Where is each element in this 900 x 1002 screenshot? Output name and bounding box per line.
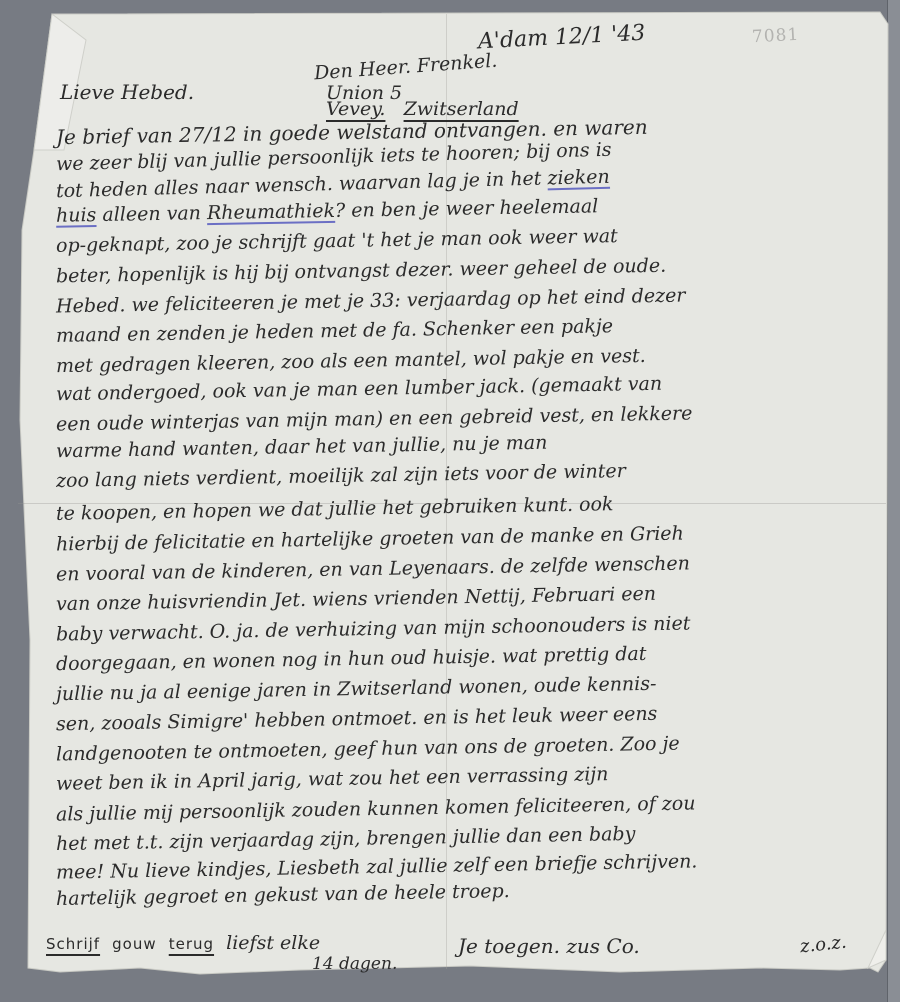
- salutation-text: Lieve Hebed.: [60, 82, 194, 102]
- underlined-zieken: zieken: [547, 166, 610, 190]
- footer-schrijf: Schrijf: [46, 935, 100, 953]
- archive-number: 7081: [752, 25, 800, 47]
- recipient-city-country: Vevey. Zwitserland: [326, 100, 519, 119]
- footer-gouw: gouw: [112, 935, 156, 953]
- footer-liefst: liefst elke: [226, 932, 320, 954]
- recipient-city: Vevey.: [326, 98, 385, 120]
- footer-terug: terug: [169, 935, 214, 953]
- footer-note: Schrijf gouw terug liefst elke: [46, 934, 320, 953]
- letter-paper: 7081 A'dam 12/1 '43 Den Heer. Frenkel. U…: [0, 0, 900, 1002]
- signature: Je toegen. zus Co.: [458, 936, 640, 956]
- please-turn-over: z.o.z.: [799, 934, 847, 957]
- underlined-rheumathiek: Rheumathiek: [207, 200, 335, 224]
- footer-note-line-2: 14 dagen.: [312, 956, 397, 973]
- underlined-huis: huis: [56, 204, 97, 227]
